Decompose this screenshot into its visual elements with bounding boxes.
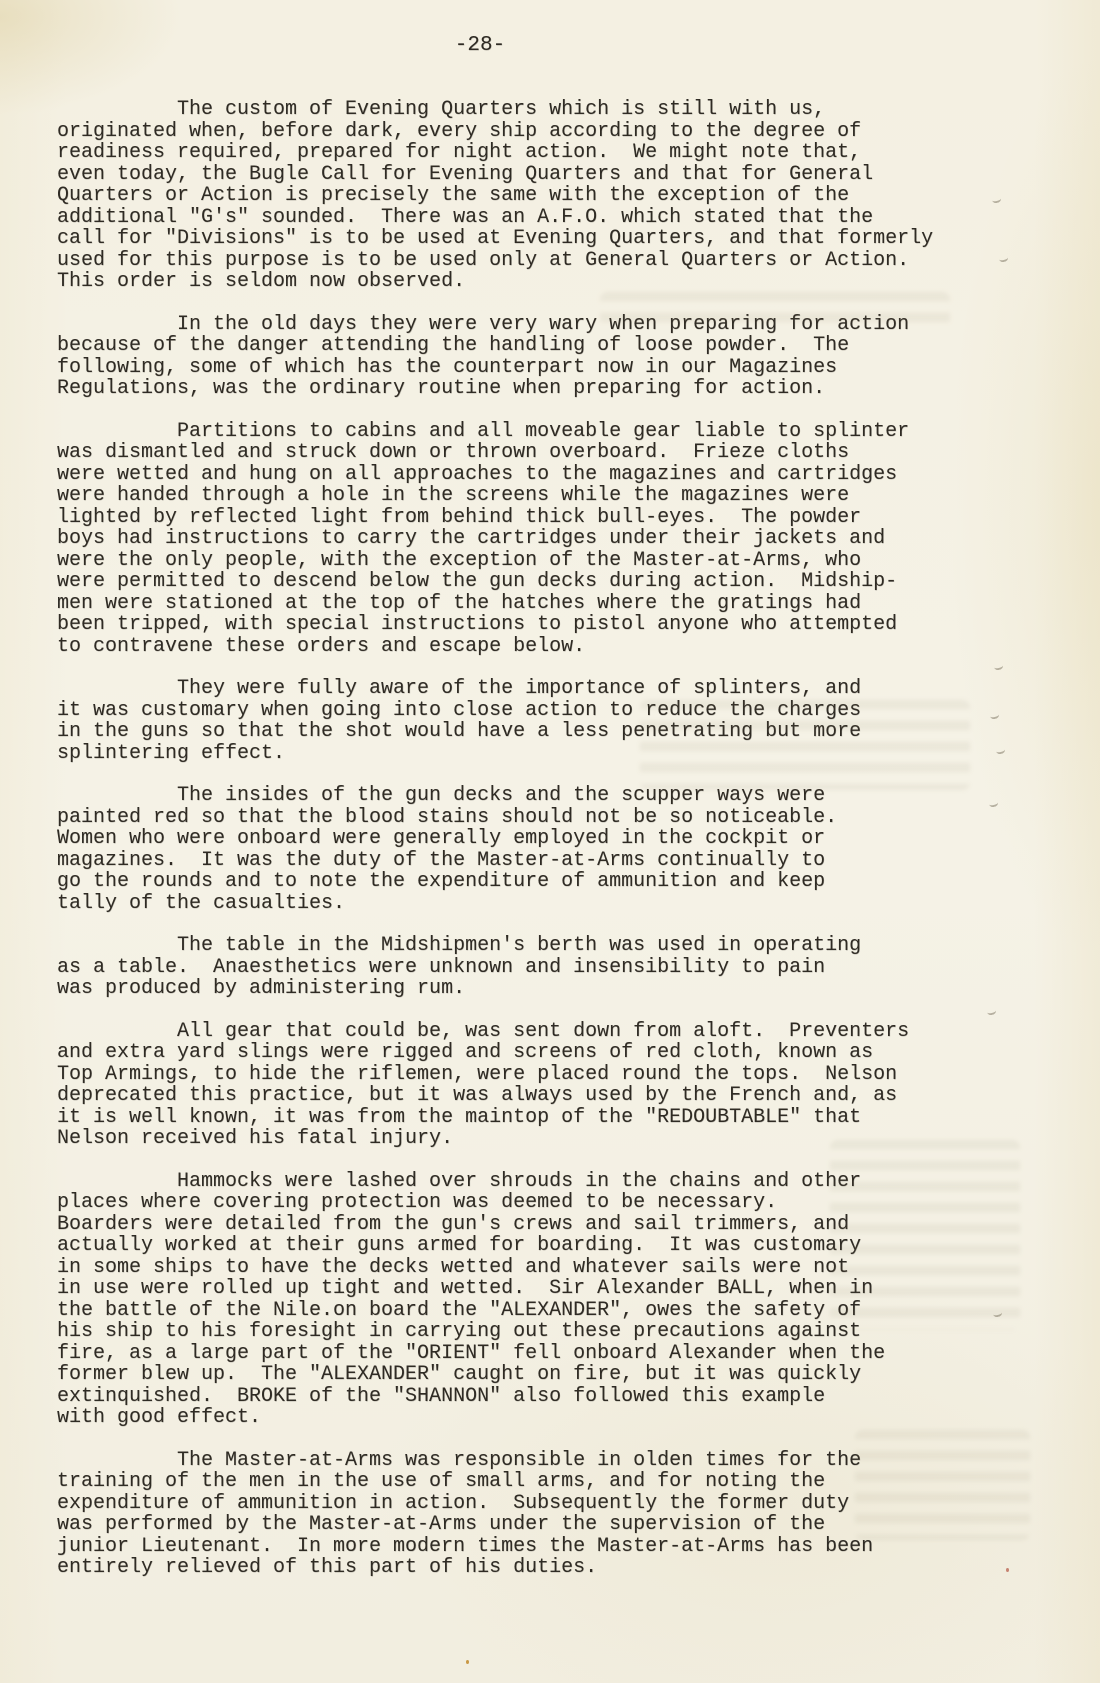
paragraph: The insides of the gun decks and the scu…	[57, 785, 1017, 914]
text-line: call for "Divisions" is to be used at Ev…	[57, 228, 1017, 250]
text-line: actually worked at their guns armed for …	[57, 1235, 1017, 1257]
text-line: as a table. Anaesthetics were unknown an…	[57, 957, 1017, 979]
text-line: following, some of which has the counter…	[57, 357, 1017, 379]
scanned-document-page: -28- The custom of Evening Quarters whic…	[0, 0, 1100, 1683]
text-line: it was customary when going into close a…	[57, 700, 1017, 722]
paragraph: Partitions to cabins and all moveable ge…	[57, 421, 1017, 658]
text-line: were the only people, with the exception…	[57, 550, 1017, 572]
text-line: lighted by reflected light from behind t…	[57, 507, 1017, 529]
text-line: in some ships to have the decks wetted a…	[57, 1257, 1017, 1279]
paragraph: The Master-at-Arms was responsible in ol…	[57, 1450, 1017, 1579]
text-line: They were fully aware of the importance …	[57, 678, 1017, 700]
text-line: men were stationed at the top of the hat…	[57, 593, 1017, 615]
text-line: been tripped, with special instructions …	[57, 614, 1017, 636]
text-line: originated when, before dark, every ship…	[57, 121, 1017, 143]
text-line: The table in the Midshipmen's berth was …	[57, 935, 1017, 957]
text-line: In the old days they were very wary when…	[57, 314, 1017, 336]
text-line: Nelson received his fatal injury.	[57, 1128, 1017, 1150]
text-line: tally of the casualties.	[57, 893, 1017, 915]
text-line: training of the men in the use of small …	[57, 1471, 1017, 1493]
text-line: All gear that could be, was sent down fr…	[57, 1021, 1017, 1043]
paragraph: The custom of Evening Quarters which is …	[57, 99, 1017, 293]
text-line: The Master-at-Arms was responsible in ol…	[57, 1450, 1017, 1472]
text-line: Women who were onboard were generally em…	[57, 828, 1017, 850]
text-line: former blew up. The "ALEXANDER" caught o…	[57, 1364, 1017, 1386]
text-line: expenditure of ammunition in action. Sub…	[57, 1493, 1017, 1515]
text-line: Regulations, was the ordinary routine wh…	[57, 378, 1017, 400]
text-line: The custom of Evening Quarters which is …	[57, 99, 1017, 121]
paragraph: Hammocks were lashed over shrouds in the…	[57, 1171, 1017, 1429]
text-line: Quarters or Action is precisely the same…	[57, 185, 1017, 207]
text-line: with good effect.	[57, 1407, 1017, 1429]
text-line: were handed through a hole in the screen…	[57, 485, 1017, 507]
text-line: This order is seldom now observed.	[57, 271, 1017, 293]
text-line: places where covering protection was dee…	[57, 1192, 1017, 1214]
text-line: was performed by the Master-at-Arms unde…	[57, 1514, 1017, 1536]
text-line: Partitions to cabins and all moveable ge…	[57, 421, 1017, 443]
text-line: and extra yard slings were rigged and sc…	[57, 1042, 1017, 1064]
text-line: painted red so that the blood stains sho…	[57, 807, 1017, 829]
page-number: -28-	[418, 34, 542, 57]
text-line: Top Armings, to hide the riflemen, were …	[57, 1064, 1017, 1086]
text-line: in use were rolled up tight and wetted. …	[57, 1278, 1017, 1300]
text-line: the battle of the Nile.on board the "ALE…	[57, 1300, 1017, 1322]
text-line: Boarders were detailed from the gun's cr…	[57, 1214, 1017, 1236]
paragraph: In the old days they were very wary when…	[57, 314, 1017, 400]
text-line: additional "G's" sounded. There was an A…	[57, 207, 1017, 229]
paper-speck	[466, 1660, 469, 1664]
text-line: were permitted to descend below the gun …	[57, 571, 1017, 593]
text-line: even today, the Bugle Call for Evening Q…	[57, 164, 1017, 186]
text-line: used for this purpose is to be used only…	[57, 250, 1017, 272]
text-line: go the rounds and to note the expenditur…	[57, 871, 1017, 893]
text-line: The insides of the gun decks and the scu…	[57, 785, 1017, 807]
paragraph: They were fully aware of the importance …	[57, 678, 1017, 764]
document-body: The custom of Evening Quarters which is …	[57, 99, 1017, 1579]
text-line: magazines. It was the duty of the Master…	[57, 850, 1017, 872]
paragraph: All gear that could be, was sent down fr…	[57, 1021, 1017, 1150]
text-line: because of the danger attending the hand…	[57, 335, 1017, 357]
text-line: in the guns so that the shot would have …	[57, 721, 1017, 743]
text-line: were wetted and hung on all approaches t…	[57, 464, 1017, 486]
text-line: readiness required, prepared for night a…	[57, 142, 1017, 164]
text-line: splintering effect.	[57, 743, 1017, 765]
text-line: was produced by administering rum.	[57, 978, 1017, 1000]
paragraph: The table in the Midshipmen's berth was …	[57, 935, 1017, 1000]
text-line: was dismantled and struck down or thrown…	[57, 442, 1017, 464]
text-line: it is well known, it was from the mainto…	[57, 1107, 1017, 1129]
text-line: deprecated this practice, but it was alw…	[57, 1085, 1017, 1107]
text-line: his ship to his foresight in carrying ou…	[57, 1321, 1017, 1343]
text-line: entirely relieved of this part of his du…	[57, 1557, 1017, 1579]
text-line: junior Lieutenant. In more modern times …	[57, 1536, 1017, 1558]
text-line: Hammocks were lashed over shrouds in the…	[57, 1171, 1017, 1193]
text-line: extinquished. BROKE of the "SHANNON" als…	[57, 1386, 1017, 1408]
text-line: to contravene these orders and escape be…	[57, 636, 1017, 658]
text-line: fire, as a large part of the "ORIENT" fe…	[57, 1343, 1017, 1365]
text-line: boys had instructions to carry the cartr…	[57, 528, 1017, 550]
